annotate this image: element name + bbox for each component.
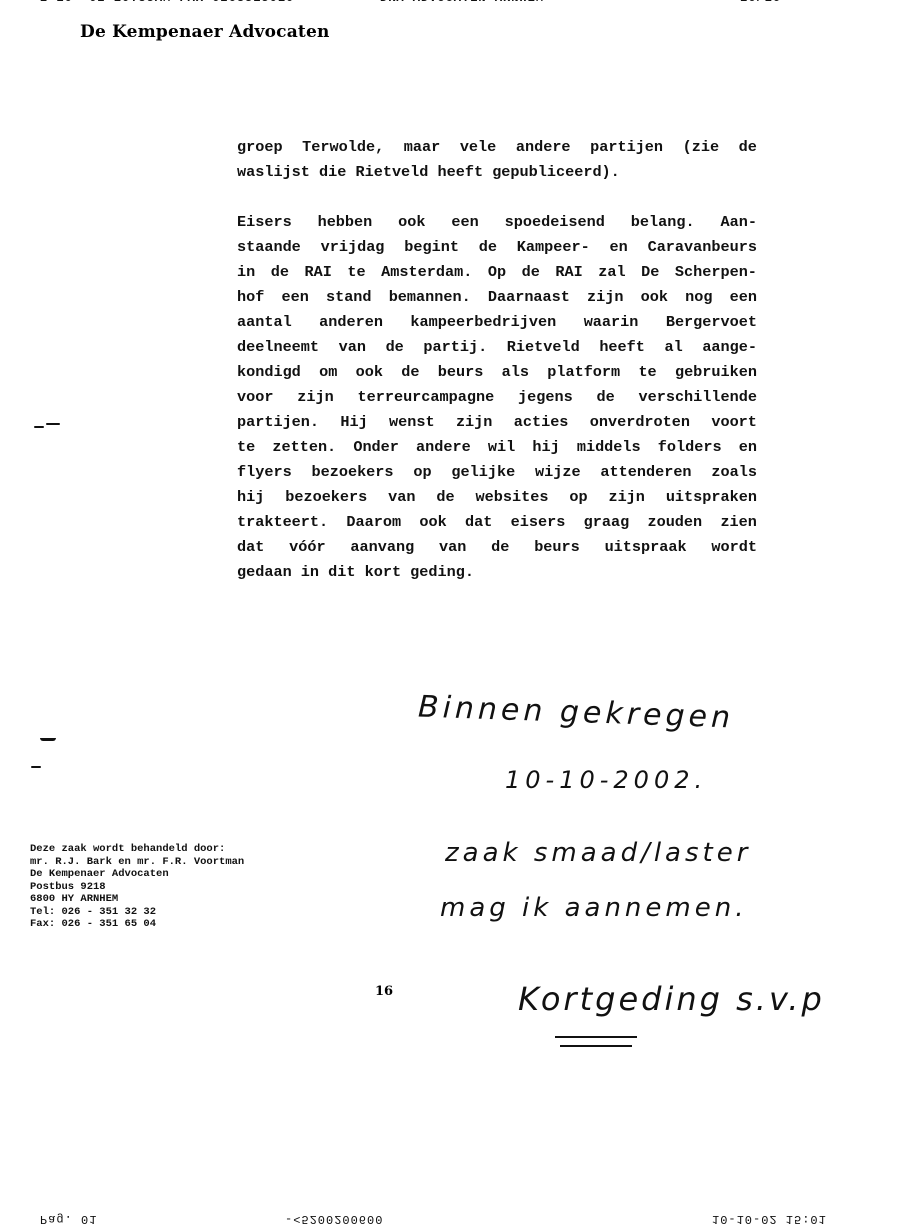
- text-line: groepTerwolde,maarveleanderepartijen(zie…: [237, 135, 757, 160]
- page-number: 16: [375, 984, 393, 999]
- handwritten-underline: [560, 1045, 632, 1047]
- text-line: tezetten.Onderanderewilhijmiddelsfolders…: [237, 435, 757, 460]
- fax-footer-right: 10-10-02 15:01: [712, 1212, 827, 1226]
- handwritten-underline: [555, 1036, 637, 1038]
- handwritten-note-date: 10-10-2002.: [505, 766, 707, 794]
- fax-header-left: 2-10-'02 10:35AM FAX 0263515010: [40, 0, 294, 5]
- text-line: hijbezoekersvandewebsitesopzijnuitsprake…: [237, 485, 757, 510]
- body-paragraph-2: Eisershebbenookeenspoedeisendbelang.Aan-…: [237, 210, 757, 585]
- text-line: partijen.Hijwenstzijnactiesonverdrotenvo…: [237, 410, 757, 435]
- scan-artifact: [40, 738, 56, 741]
- text-line: trakteert.Daaromookdateisersgraagzoudenz…: [237, 510, 757, 535]
- text-line: deelneemtvandepartij.Rietveldheeftalaang…: [237, 335, 757, 360]
- scan-artifact: [31, 766, 41, 768]
- contact-fax: Fax: 026 - 351 65 04: [30, 918, 244, 931]
- contact-line: 6800 HY ARNHEM: [30, 893, 244, 906]
- text-line: voorzijnterreurcampagnejegensdeverschill…: [237, 385, 757, 410]
- scan-artifact: [34, 426, 44, 428]
- fax-footer-center: -<5200200600: [285, 1212, 383, 1226]
- text-line: staandevrijdagbegintdeKampeer-enCaravanb…: [237, 235, 757, 260]
- contact-line: mr. R.J. Bark en mr. F.R. Voortman: [30, 856, 244, 869]
- handwritten-note-kort-geding: Kortgeding s.v.p: [518, 980, 825, 1018]
- text-line: kondigdomookdebeursalsplatformtegebruike…: [237, 360, 757, 385]
- handwritten-note-accept: mag ik aannemen.: [440, 893, 747, 923]
- contact-line: De Kempenaer Advocaten: [30, 868, 244, 881]
- text-line: datvóóraanvangvandebeursuitspraakwordt: [237, 535, 757, 560]
- text-line: Eisershebbenookeenspoedeisendbelang.Aan-: [237, 210, 757, 235]
- handwritten-note-received: Binnen gekregen: [417, 689, 734, 735]
- fax-transmission-header: 2-10-'02 10:35AM FAX 0263515010 DKA ADVO…: [0, 0, 900, 6]
- text-line: gedaan in dit kort geding.: [237, 560, 757, 585]
- contact-line: Deze zaak wordt behandeld door:: [30, 843, 244, 856]
- contact-line: Postbus 9218: [30, 881, 244, 894]
- text-line: hofeenstandbemannen.Daarnaastzijnooknoge…: [237, 285, 757, 310]
- contact-phone: Tel: 026 - 351 32 32: [30, 906, 244, 919]
- text-line: flyersbezoekersopgelijkewijzeattenderenz…: [237, 460, 757, 485]
- text-line: indeRAIteAmsterdam.OpdeRAIzalDeScherpen-: [237, 260, 757, 285]
- scan-artifact: [46, 423, 60, 425]
- text-line: waslijst die Rietveld heeft gepubliceerd…: [237, 160, 757, 185]
- firm-name-letterhead: De Kempenaer Advocaten: [80, 22, 330, 42]
- text-line: aantalanderenkampeerbedrijvenwaarinBerge…: [237, 310, 757, 335]
- handwritten-note-case-type: zaak smaad/laster: [445, 838, 751, 868]
- fax-footer-left: Pag. 01: [40, 1212, 97, 1226]
- body-paragraph-1: groepTerwolde,maarveleanderepartijen(zie…: [237, 135, 757, 185]
- fax-header-right: 16/16: [740, 0, 781, 5]
- case-handler-contact-block: Deze zaak wordt behandeld door: mr. R.J.…: [30, 843, 244, 931]
- fax-header-center: DKA ADVOCATEN ARNHEM: [380, 0, 544, 5]
